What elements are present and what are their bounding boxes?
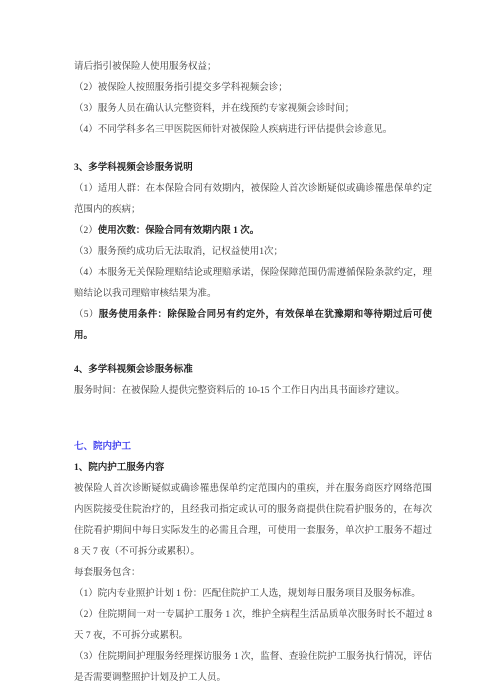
text-run: 1、院内护工服务内容 (74, 463, 164, 473)
list-item: （2）住院期间一对一专属护工服务 1 次，维护全病程生活品质单次服务时长不超过 … (74, 605, 432, 647)
text-run: （3）住院期间护理服务经理探访服务 1 次，监督、查验住院护工服务执行情况，评估… (74, 652, 432, 683)
list-item: （2）使用次数：保险合同有效期内限 1 次。 (74, 221, 432, 242)
text-run: （2）被保险人按照服务指引提交多学科视频会诊； (74, 83, 288, 93)
list-item: （4）本服务无关保险理赔结论或理赔承诺，保险保障范围仍需遵循保险条款约定，理赔结… (74, 263, 432, 305)
list-item: （3）服务人员在确认认完整资料，并在线预约专家视频会诊时间； (74, 99, 432, 120)
text-run: 服务时间：在被保险人提供完整资料后的 10-15 个工作日内出具书面诊疗建议。 (74, 386, 405, 396)
text-run: （5） (74, 310, 99, 320)
text-run: 被保险人首次诊断疑似或确诊罹患保单约定范围内的重疾，并在服务商医疗网络范围内医院… (74, 484, 432, 557)
list-item: （1）适用人群：在本保险合同有效期内，被保险人首次诊断疑似或确诊罹患保单约定范围… (74, 179, 432, 221)
heading-mdt-service-standard: 4、多学科视频会诊服务标准 (74, 360, 432, 381)
heading-caregiver-service-content: 1、院内护工服务内容 (74, 458, 432, 479)
list-item: （1）院内专业照护计划 1 份：匹配住院护工人选，规划每日服务项目及服务标准。 (74, 584, 432, 605)
text-run: （3）服务预约成功后无法取消，记权益使用1次； (74, 247, 283, 257)
list-item: （4）不同学科多名三甲医院医师针对被保险人疾病进行评估提供会诊意见。 (74, 120, 432, 141)
paragraph-service-time: 服务时间：在被保险人提供完整资料后的 10-15 个工作日内出具书面诊疗建议。 (74, 381, 432, 402)
text-run: （2）住院期间一对一专属护工服务 1 次，维护全病程生活品质单次服务时长不超过 … (74, 610, 432, 641)
list-item: （5）服务使用条件：除保险合同另有约定外，有效保单在犹豫期和等待期过后可使用。 (74, 305, 432, 347)
paragraph-caregiver-description: 被保险人首次诊断疑似或确诊罹患保单约定范围内的重疾，并在服务商医疗网络范围内医院… (74, 479, 432, 563)
text-run: （3）服务人员在确认认完整资料，并在线预约专家视频会诊时间； (74, 104, 354, 114)
list-item: （2）被保险人按照服务指引提交多学科视频会诊； (74, 78, 432, 99)
heading-section-7-hospital-caregiver: 七、院内护工 (74, 437, 432, 458)
text-run: 请后指引被保险人使用服务权益； (74, 62, 217, 72)
text-run: 3、多学科视频会诊服务说明 (74, 163, 193, 173)
paragraph-package-includes: 每套服务包含： (74, 563, 432, 584)
text-run-bold: 使用次数：保险合同有效期内限 1 次。 (98, 226, 260, 236)
heading-mdt-service-description: 3、多学科视频会诊服务说明 (74, 158, 432, 179)
text-run-bold: 服务使用条件：除保险合同另有约定外，有效保单在犹豫期和等待期过后可使用。 (74, 310, 432, 341)
text-run: （4）本服务无关保险理赔结论或理赔承诺，保险保障范围仍需遵循保险条款约定，理赔结… (74, 268, 432, 299)
text-run: （1）院内专业照护计划 1 份：匹配住院护工人选，规划每日服务项目及服务标准。 (74, 589, 421, 599)
text-run: （1）适用人群：在本保险合同有效期内，被保险人首次诊断疑似或确诊罹患保单约定范围… (74, 184, 432, 215)
document-page: 请后指引被保险人使用服务权益； （2）被保险人按照服务指引提交多学科视频会诊； … (0, 0, 495, 700)
text-run: （2） (74, 226, 98, 236)
list-item: （3）住院期间护理服务经理探访服务 1 次，监督、查验住院护工服务执行情况，评估… (74, 647, 432, 689)
text-run: 每套服务包含： (74, 568, 141, 578)
text-run: 4、多学科视频会诊服务标准 (74, 365, 193, 375)
list-item: （3）服务预约成功后无法取消，记权益使用1次； (74, 242, 432, 263)
text-run: （4）不同学科多名三甲医院医师针对被保险人疾病进行评估提供会诊意见。 (74, 125, 392, 135)
paragraph-intro-continuation: 请后指引被保险人使用服务权益； (74, 57, 432, 78)
text-run: 七、院内护工 (74, 442, 131, 452)
